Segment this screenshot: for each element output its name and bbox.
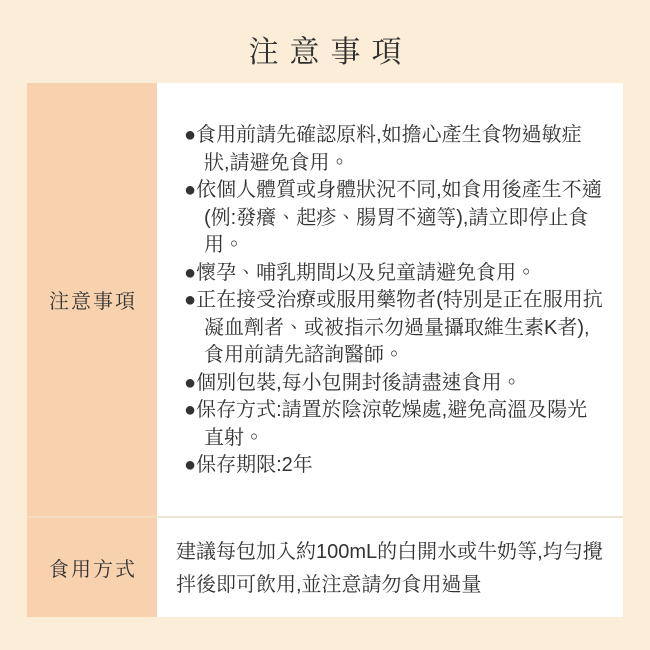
precautions-row-content: ●食用前請先確認原料,如擔心產生食物過敏症狀,請避免食用。 ●依個人體質或身體狀… xyxy=(157,83,623,518)
usage-instructions-text: 建議每包加入約100mL的白開水或牛奶等,均勻攪拌後即可飲用,並注意請勿食用過量 xyxy=(176,536,607,602)
usage-row-label: 食用方式 xyxy=(27,518,157,617)
list-item-packaging: ●個別包裝,每小包開封後請盡速食用。 xyxy=(184,370,607,398)
precautions-list: ●食用前請先確認原料,如擔心產生食物過敏症狀,請避免食用。 ●依個人體質或身體狀… xyxy=(184,122,607,480)
list-item-allergy: ●食用前請先確認原料,如擔心產生食物過敏症狀,請避免食用。 xyxy=(184,122,607,177)
list-item-discomfort: ●依個人體質或身體狀況不同,如食用後產生不適(例:發癢、起疹、腸胃不適等),請立… xyxy=(184,177,607,260)
table-row-usage: 食用方式 建議每包加入約100mL的白開水或牛奶等,均勻攪拌後即可飲用,並注意請… xyxy=(27,518,623,617)
product-notice-page: 注意事項 注意事項 ●食用前請先確認原料,如擔心產生食物過敏症狀,請避免食用。 … xyxy=(0,0,650,650)
usage-row-content: 建議每包加入約100mL的白開水或牛奶等,均勻攪拌後即可飲用,並注意請勿食用過量 xyxy=(157,518,623,617)
precautions-row-label: 注意事項 xyxy=(27,83,157,518)
list-item-medication: ●正在接受治療或服用藥物者(特別是正在服用抗凝血劑者、或被指示勿過量攝取維生素K… xyxy=(184,287,607,370)
list-item-pregnancy: ●懷孕、哺乳期間以及兒童請避免食用。 xyxy=(184,260,607,288)
table-row-precautions: 注意事項 ●食用前請先確認原料,如擔心產生食物過敏症狀,請避免食用。 ●依個人體… xyxy=(27,83,623,518)
info-table: 注意事項 ●食用前請先確認原料,如擔心產生食物過敏症狀,請避免食用。 ●依個人體… xyxy=(27,83,623,617)
list-item-storage-method: ●保存方式:請置於陰涼乾燥處,避免高溫及陽光直射。 xyxy=(184,397,607,452)
list-item-shelf-life: ●保存期限:2年 xyxy=(184,452,607,480)
page-title: 注意事項 xyxy=(0,27,650,71)
